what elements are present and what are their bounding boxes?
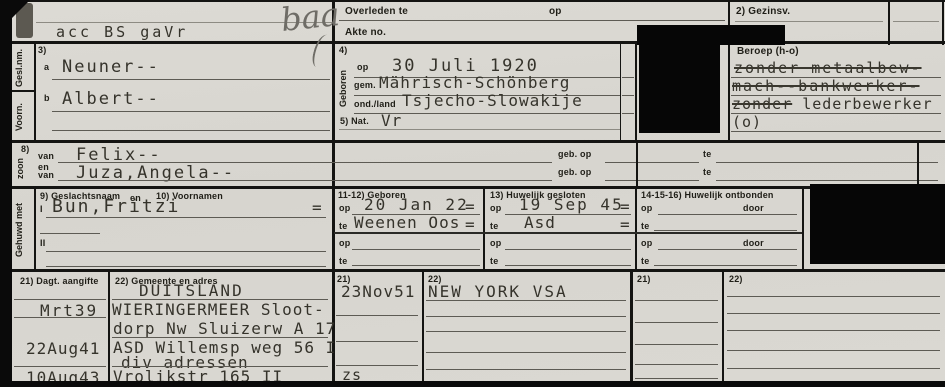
redaction-box xyxy=(810,184,945,264)
rule xyxy=(14,317,106,318)
rule xyxy=(46,251,326,252)
nationality-value: Vr xyxy=(381,111,402,130)
born-te-label-1: te xyxy=(339,221,347,231)
divider-reg-left xyxy=(108,272,110,381)
rule xyxy=(52,111,330,112)
row-b-label: b xyxy=(44,93,50,103)
border-marriage-bottom xyxy=(12,269,945,272)
reg-address: WIERINGERMEER Sloot- xyxy=(112,300,325,319)
divider-married xyxy=(483,189,485,269)
rule xyxy=(426,300,626,301)
born-te-label-2: te xyxy=(339,256,347,266)
birth-country-value: Tsjecho-Slowakije xyxy=(402,91,583,110)
divider-divorce xyxy=(635,189,637,269)
rule xyxy=(505,249,631,250)
beroep-line4: (o) xyxy=(732,113,762,131)
gezinsv-label: 2) Gezinsv. xyxy=(736,6,790,17)
birth-place-value: Mährisch-Schönberg xyxy=(379,73,570,92)
reg-left-date-header: 21) Dagt. aangifte xyxy=(20,276,99,286)
rule xyxy=(426,316,626,317)
row-a-label: a xyxy=(44,62,49,72)
rule xyxy=(654,230,797,231)
rule xyxy=(658,214,797,215)
registration-card-scan: acc BS gaVr baa Overleden te op Akte no.… xyxy=(0,0,945,387)
divider-marriage-right xyxy=(802,189,804,269)
divider-parents-mid xyxy=(636,143,638,186)
divorce-te-label-1: te xyxy=(641,221,649,231)
firstname-value: Albert-- xyxy=(62,89,160,109)
scan-edge-left xyxy=(0,0,12,387)
rule xyxy=(352,265,480,266)
married-te-label-1: te xyxy=(490,221,498,231)
rule xyxy=(40,233,100,234)
rule xyxy=(654,265,797,266)
married-op-value: 19 Sep 45 xyxy=(519,195,624,214)
married-te-value: Asd xyxy=(524,213,556,232)
reg-mid-date-value: 23Nov51 xyxy=(341,282,415,301)
rule xyxy=(727,296,940,297)
rule xyxy=(58,180,552,181)
equals-mark: = xyxy=(312,198,323,217)
rule xyxy=(635,378,718,379)
beroep-line3: zonder lederbewerker xyxy=(732,95,933,113)
beroep-line2: mach--bankwerker- xyxy=(732,77,920,95)
marriage-row1-label: I xyxy=(40,204,43,214)
married-op-label-1: op xyxy=(490,203,501,213)
geb-op-label-2: geb. op xyxy=(558,167,591,177)
geb-op-label-1: geb. op xyxy=(558,149,591,159)
divorce-op-label-2: op xyxy=(641,238,652,248)
rule xyxy=(46,266,326,267)
rule xyxy=(14,299,106,300)
beroep-label: Beroep (h-o) xyxy=(737,46,799,57)
divorce-te-label-2: te xyxy=(641,256,649,266)
rule xyxy=(727,313,940,314)
border-row1 xyxy=(12,41,945,44)
reg-right-date-header: 21) xyxy=(637,274,651,284)
rule xyxy=(622,113,634,114)
rule xyxy=(716,180,938,181)
overleden-te-label: Overleden te xyxy=(345,6,408,17)
rule xyxy=(731,131,941,132)
rule xyxy=(727,368,940,369)
divorce-op-label-1: op xyxy=(641,203,652,213)
reg-mid-place-value: NEW YORK VSA xyxy=(428,282,568,301)
rule xyxy=(635,322,718,323)
gehuwd-met-sidebar-label: Gehuwd met xyxy=(14,194,24,266)
rule xyxy=(426,331,626,332)
born-op-label-1: op xyxy=(339,203,350,213)
rule xyxy=(735,21,883,22)
te-label-1: te xyxy=(703,149,711,159)
divider-gezinsv xyxy=(888,0,890,45)
divider-top-right xyxy=(728,0,730,143)
border-right-top xyxy=(942,0,944,45)
sidebar-divider xyxy=(12,90,34,92)
divider-parents-right xyxy=(917,143,919,186)
te-label-2: te xyxy=(703,167,711,177)
beroep-line1: zonder metaalbew- xyxy=(734,59,922,77)
rule xyxy=(14,366,106,367)
spouse-name-value: Bun,Fritzi xyxy=(52,196,180,217)
reg-address: dorp Nw Sluizerw A 17 xyxy=(113,319,336,338)
divider-reg-mid1 xyxy=(422,272,424,381)
rule xyxy=(635,300,718,301)
sidebar-border-marriage xyxy=(34,189,36,269)
van-label-2: van xyxy=(38,170,54,180)
handwritten-mark: baa xyxy=(279,0,341,39)
nat-label: 5) Nat. xyxy=(340,116,369,126)
rule xyxy=(52,130,330,131)
born-te-value: Weenen Oos xyxy=(354,213,460,232)
rule xyxy=(622,95,634,96)
rule xyxy=(605,180,699,181)
acc-note: acc BS gaVr xyxy=(56,23,188,41)
married-op-label-2: op xyxy=(490,238,501,248)
scan-edge-bottom xyxy=(0,381,945,387)
rule xyxy=(658,249,797,250)
border-top xyxy=(0,0,945,2)
rule xyxy=(336,315,418,316)
rule xyxy=(605,162,699,163)
reg-address: DUITSLAND xyxy=(139,281,244,300)
reg-date: 22Aug41 xyxy=(26,339,100,358)
divorce-door-label-1: door xyxy=(743,203,764,213)
rule xyxy=(727,350,940,351)
rule xyxy=(727,330,940,331)
geslnm-sidebar-label: Gesl.nm. xyxy=(14,47,24,89)
divider-narrow-col xyxy=(620,44,621,140)
border-parents-bottom xyxy=(12,186,945,189)
marriage-row2-label: II xyxy=(40,238,45,248)
divider-reg-right xyxy=(722,272,724,381)
field-num-3: 3) xyxy=(38,45,46,55)
rule xyxy=(505,265,631,266)
geboren-op-label: op xyxy=(357,62,368,72)
rule xyxy=(426,369,626,370)
voorn-sidebar-label: Voorn. xyxy=(14,97,24,137)
rule xyxy=(339,20,725,21)
geboren-sidebar-label: Geboren xyxy=(338,60,348,116)
rule xyxy=(893,21,939,22)
akte-no-label: Akte no. xyxy=(345,27,386,38)
surname-value: Neuner-- xyxy=(62,57,160,77)
rule xyxy=(352,249,480,250)
rule xyxy=(731,113,941,114)
rule xyxy=(46,217,326,218)
rule xyxy=(339,129,620,130)
divorce-header: 14-15-16) Huwelijk ontbonden xyxy=(641,190,774,200)
van-label-1: van xyxy=(38,151,54,161)
married-te-label-2: te xyxy=(490,256,498,266)
overleden-op-label: op xyxy=(549,6,562,17)
rule xyxy=(336,341,418,342)
rule xyxy=(716,162,938,163)
rule xyxy=(635,364,718,365)
born-op-value: 20 Jan 22 xyxy=(364,195,469,214)
divider-marriage-rows xyxy=(334,232,802,234)
reg-right-address-header: 22) xyxy=(729,274,743,284)
rule xyxy=(635,344,718,345)
rule xyxy=(58,162,552,163)
zoon-sidebar-label: zoon xyxy=(15,153,25,185)
redaction-box xyxy=(639,41,720,133)
born-op-label-2: op xyxy=(339,238,350,248)
beroep-line3-struck: zonder xyxy=(732,95,792,113)
rule xyxy=(426,352,626,353)
beroep-line3-plain: lederbewerker xyxy=(802,95,932,113)
divider-reg-mid2 xyxy=(630,272,633,381)
geboren-gem-label: gem. xyxy=(354,80,376,90)
divorce-door-label-2: door xyxy=(743,238,764,248)
rule xyxy=(52,79,330,80)
geboren-land-label: ond./land xyxy=(354,99,396,109)
field-num-4: 4) xyxy=(339,45,347,55)
pencil-stroke xyxy=(310,33,334,70)
border-names-bottom xyxy=(12,140,945,143)
divider-mid-right xyxy=(635,44,637,140)
sidebar-border-names xyxy=(34,44,36,140)
rule xyxy=(622,77,634,78)
